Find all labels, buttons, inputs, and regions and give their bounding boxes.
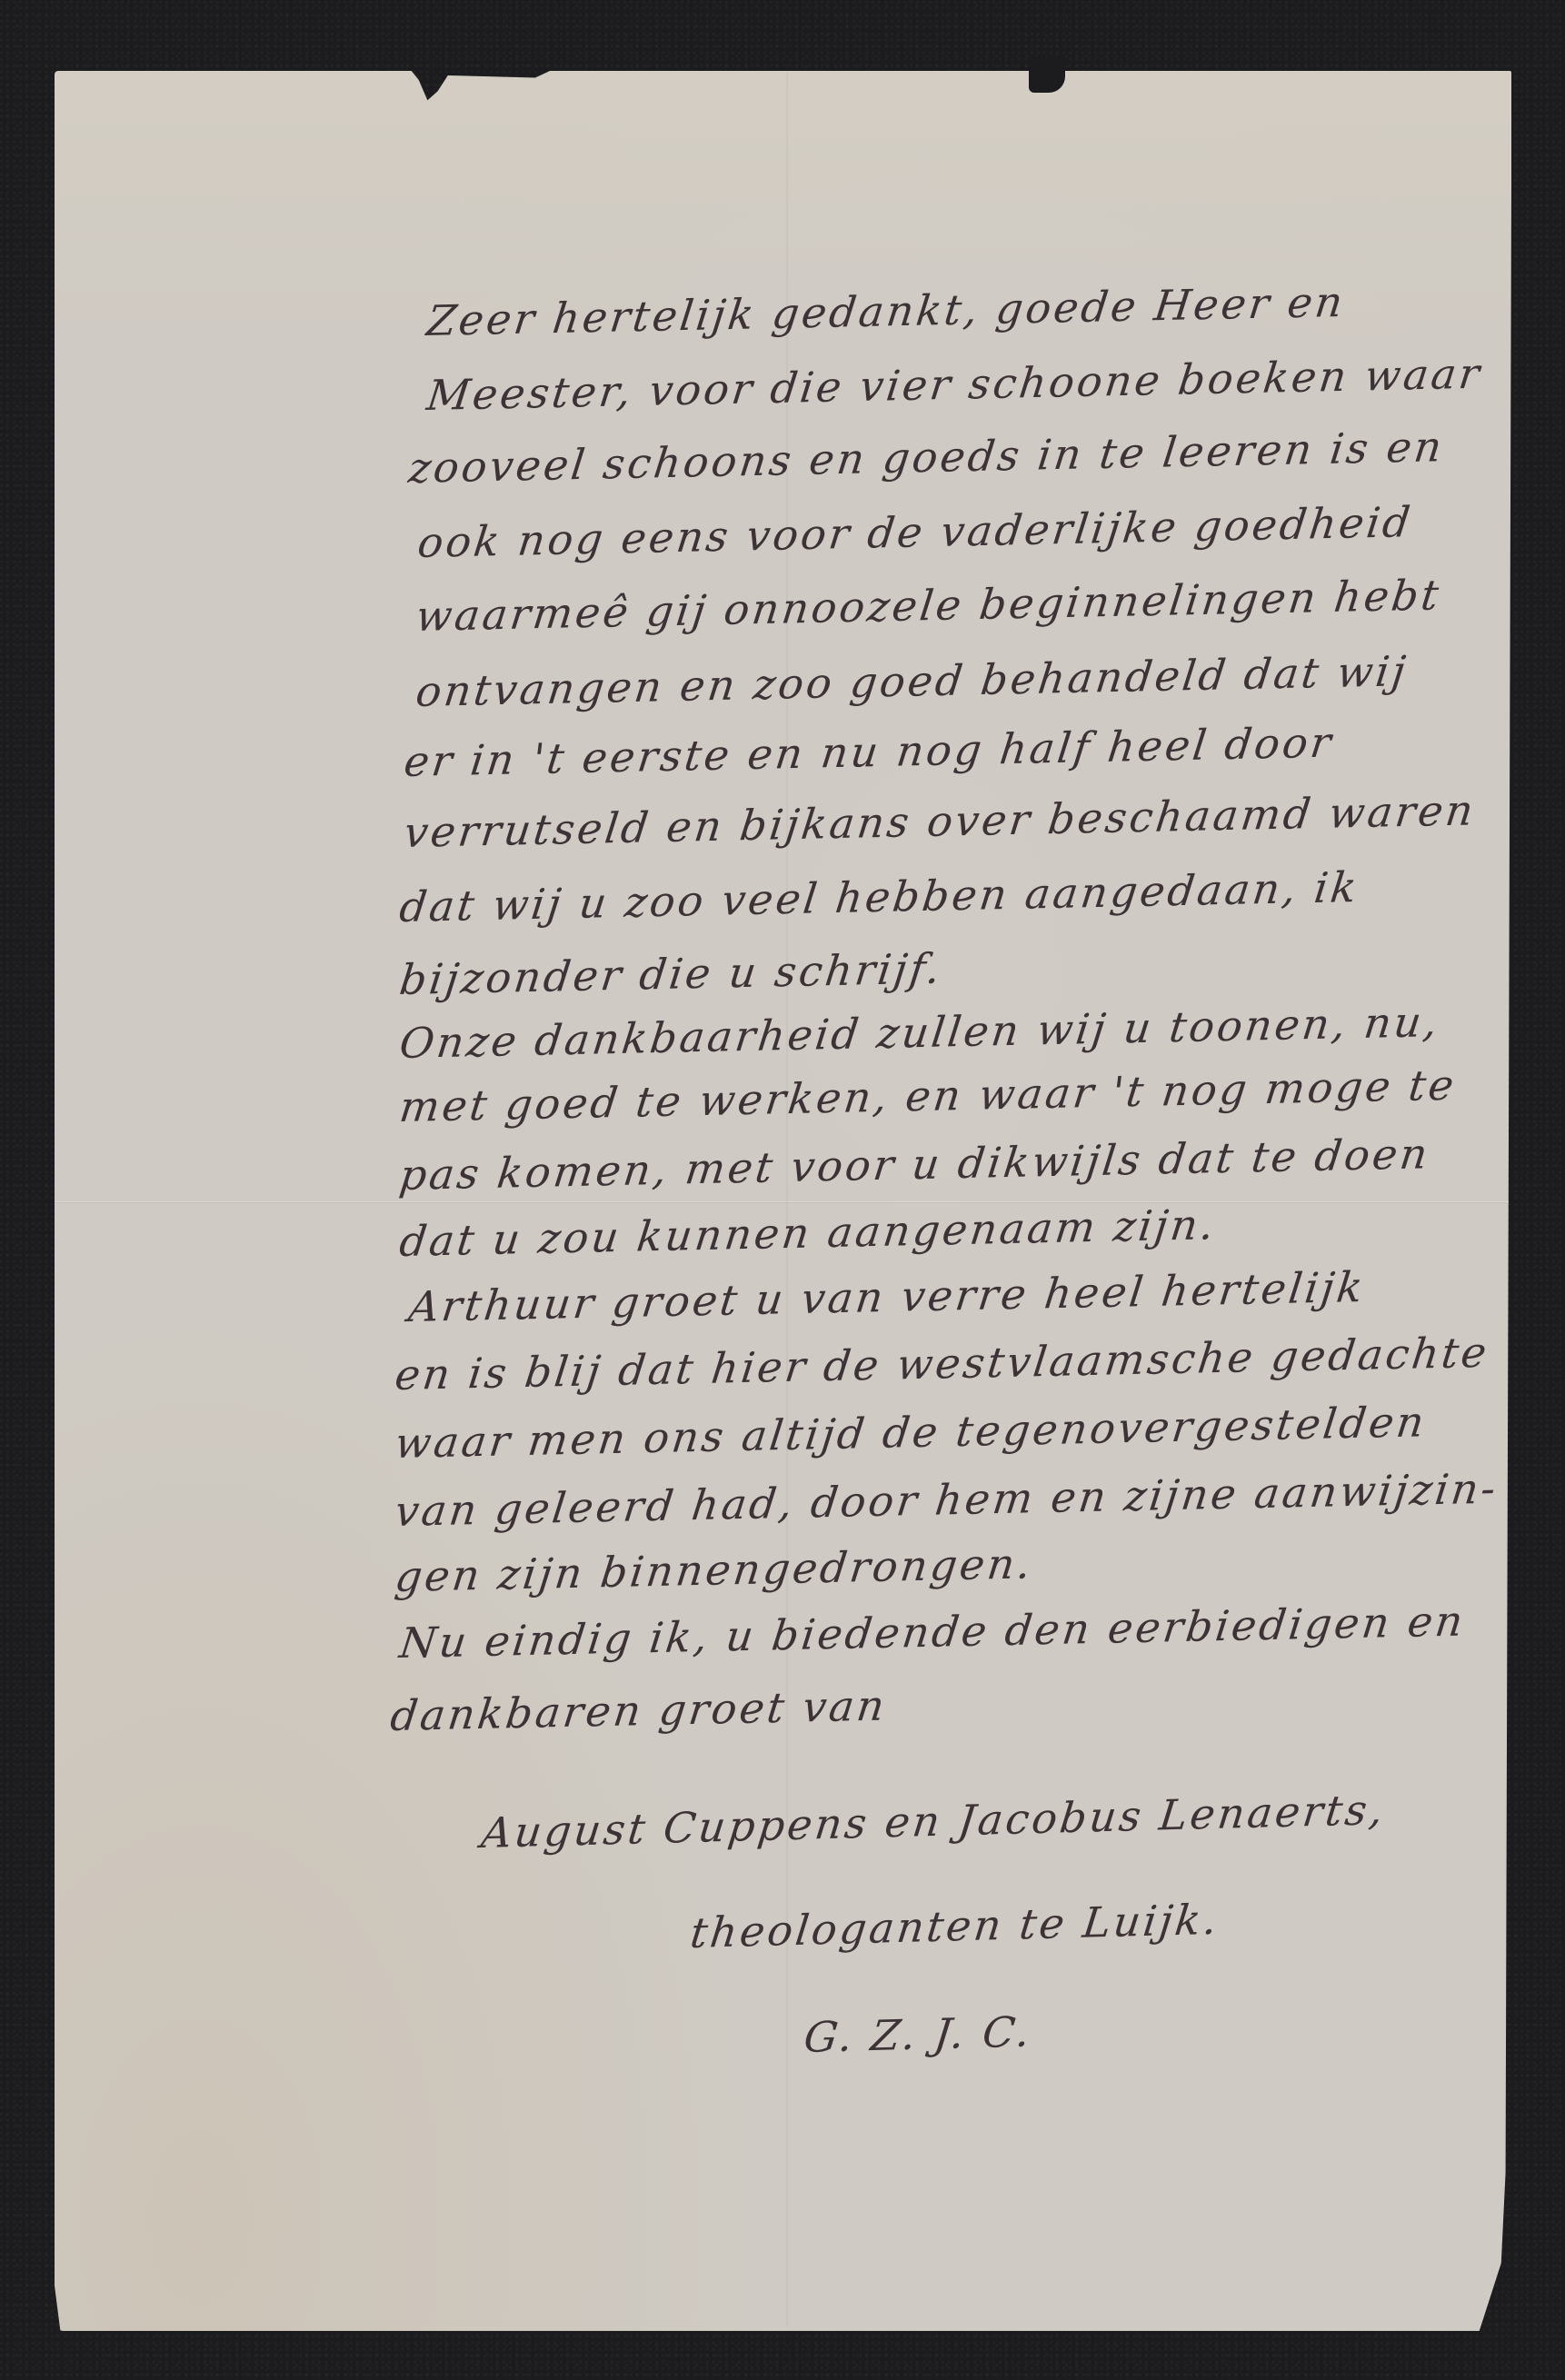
signature-names: August Cuppens en Jacobus Lenaerts, — [479, 1785, 1389, 1857]
letter-line: ontvangen en zoo goed behandeld dat wij — [414, 650, 1410, 712]
letter-line: verrutseld en bijkans over beschaamd war… — [402, 789, 1478, 853]
letter-line: Meester, voor die vier schoone boeken wa… — [424, 353, 1484, 416]
letter-line: met goed te werken, en waar 't nog moge … — [397, 1064, 1459, 1128]
letter-line: en is blij dat hier de westvlaamsche ged… — [393, 1331, 1491, 1396]
signature-title: theologanten te Luijk. — [688, 1895, 1222, 1957]
letter-line: pas komen, met voor u dikwijls dat te do… — [397, 1132, 1432, 1196]
letter-line: dat u zou kunnen aangenaam zijn. — [397, 1203, 1219, 1262]
letter-line: dankbaren groet van — [388, 1685, 889, 1737]
letter-line: gen zijn binnengedrongen. — [393, 1542, 1035, 1598]
letter-line: zooveel schoons en goeds in te leeren is… — [406, 425, 1446, 489]
letter-line: Zeer hertelijk gedankt, goede Heer en — [424, 281, 1347, 342]
letter-line: waarmeê gij onnoozele beginnelingen hebt — [414, 573, 1443, 637]
letter-line: dat wij u zoo veel hebben aangedaan, ik — [397, 866, 1361, 928]
letter-line: bijzonder die u schrijf. — [397, 948, 945, 1001]
letter-line: ook nog eens voor de vaderlijke goedheid — [415, 501, 1415, 563]
letter-line: Onze dankbaarheid zullen wij u toonen, n… — [397, 1001, 1442, 1064]
letter-body: Zeer hertelijk gedankt, goede Heer en Me… — [0, 0, 1565, 2380]
signature-initials: G. Z. J. C. — [802, 2007, 1035, 2062]
letter-line: er in 't eerste en nu nog half heel door — [402, 722, 1336, 782]
letter-line: Arthuur groet u van verre heel hertelijk — [406, 1266, 1367, 1328]
letter-line: van geleerd had, door hem en zijne aanwi… — [393, 1468, 1500, 1532]
letter-line: waar men ons altijd de tegenovergestelde… — [393, 1400, 1429, 1464]
letter-line: Nu eindig ik, u biedende den eerbiedigen… — [397, 1600, 1468, 1664]
